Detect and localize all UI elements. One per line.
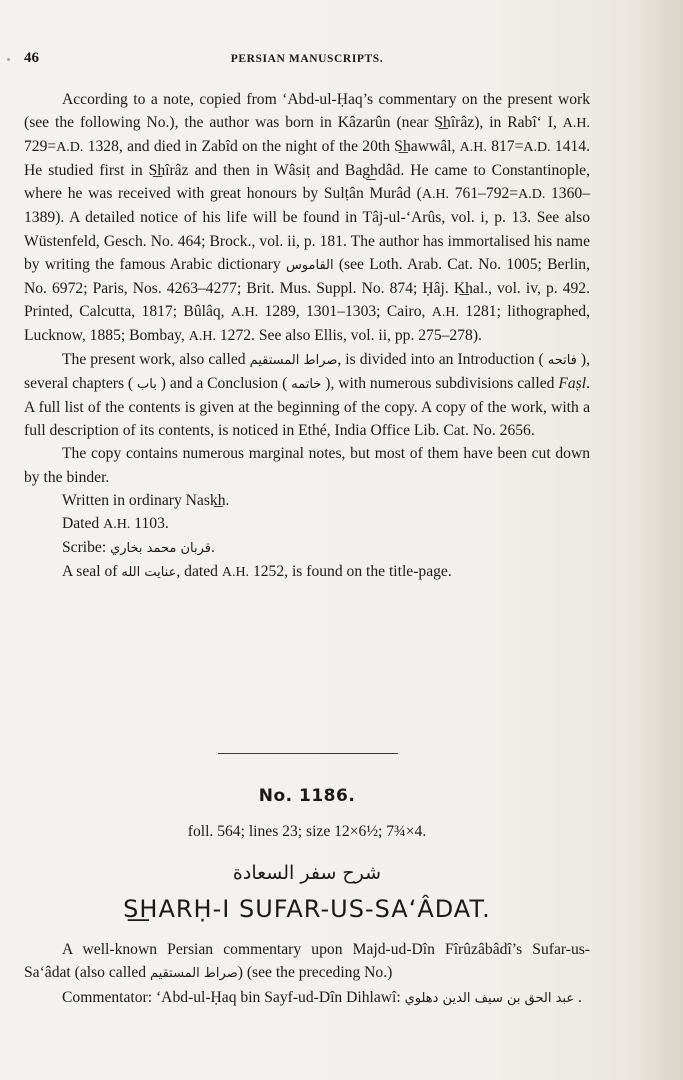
text: 817= — [487, 138, 523, 155]
text: , is divided into an Introduction ( — [337, 351, 547, 368]
arabic-sirat: صراط المستقيم — [250, 353, 338, 368]
text: 729= — [24, 138, 56, 155]
author-biography-paragraph: According to a note, copied from ‘Abd-ul… — [24, 88, 590, 348]
running-title: PERSIAN MANUSCRIPTS. — [24, 53, 590, 65]
text: 1328, and died in Zabîd on the night of … — [83, 138, 459, 155]
dated-line: Dated A.H. 1103. — [24, 512, 590, 536]
era-ah: A.H. — [189, 329, 216, 344]
text: ) and a Conclusion ( — [157, 375, 291, 392]
scribe-line: Scribe: قربان محمد بخاري. — [24, 536, 590, 560]
term-fasl: Faṣl — [558, 375, 586, 392]
era-ah: A.H. — [231, 305, 258, 320]
seal-line: A seal of عنايت الله, dated A.H. 1252, i… — [24, 560, 590, 584]
running-head: 46 PERSIAN MANUSCRIPTS. — [24, 50, 590, 70]
commentator-paragraph: Commentator: ‘Abd-ul-Ḥaq bin Sayf-ud-Dîn… — [24, 986, 590, 1010]
work-structure-paragraph: The present work, also called صراط المست… — [24, 348, 590, 442]
text: . — [574, 989, 582, 1006]
arabic-fatiha: فاتحه — [548, 353, 577, 368]
text: 1103. — [130, 515, 168, 532]
entry-description-paragraph: A well-known Persian commentary upon Maj… — [24, 938, 590, 986]
marginal-notes-paragraph: The copy contains numerous marginal note… — [24, 442, 590, 488]
entry-physical-description: foll. 564; lines 23; size 12×6½; 7¾×4. — [24, 823, 590, 841]
commentator-name: ‘Abd-ul-Ḥaq bin Sayf-ud-Dîn Dihlawî: — [156, 989, 405, 1006]
era-ah: A.H. — [422, 187, 449, 202]
text: According to a note, copied from ‘Abd-ul… — [24, 91, 590, 131]
commentator-arabic-name: عبد الحق بن سيف الدين دهلوي — [405, 991, 575, 1006]
entry-number: No. 1186. — [24, 786, 590, 806]
scribe-label: Scribe: — [62, 539, 110, 556]
margin-speck — [7, 58, 10, 61]
script-line: Written in ordinary Nask͟h. — [24, 489, 590, 512]
text: . — [211, 539, 215, 556]
entry-body: A well-known Persian commentary upon Maj… — [24, 938, 590, 1010]
text: The present work, also called — [62, 351, 250, 368]
entry-arabic-title: شرح سفر السعادة — [24, 862, 590, 884]
text: 1272. See also Ellis, vol. ii, pp. 275–2… — [216, 327, 482, 344]
arabic-bab: باب — [137, 377, 157, 392]
text: ), with numerous subdivisions called — [321, 375, 558, 392]
entry-title: S͟HARḤ-I SUFAR-US-SA‘ÂDAT. — [24, 895, 590, 923]
seal-arabic-name: عنايت الله — [121, 565, 176, 580]
arabic-sirat: صراط المستقيم — [150, 966, 238, 981]
era-ad: A.D. — [523, 140, 550, 155]
previous-entry-body: According to a note, copied from ‘Abd-ul… — [24, 88, 590, 584]
text: ) (see the preceding No.) — [238, 964, 393, 981]
text: Dated — [62, 515, 103, 532]
era-ad: A.D. — [518, 187, 545, 202]
era-ah: A.H. — [563, 116, 590, 131]
era-ah: A.H. — [432, 305, 459, 320]
era-ad: A.D. — [56, 140, 83, 155]
era-ah: A.H. — [460, 140, 487, 155]
arabic-khatima: خاتمه — [291, 377, 321, 392]
scribe-arabic-name: قربان محمد بخاري — [110, 541, 211, 556]
arabic-qamus: القاموس — [286, 258, 334, 273]
text: , dated — [176, 563, 221, 580]
text: 1289, 1301–1303; Cairo, — [258, 303, 432, 320]
commentator-label: Commentator: — [62, 989, 156, 1006]
era-ah: A.H. — [103, 517, 130, 532]
text: 1252, is found on the title-page. — [249, 563, 452, 580]
section-divider — [218, 753, 398, 754]
text: 761–792= — [449, 185, 518, 202]
era-ah: A.H. — [222, 565, 249, 580]
text: A seal of — [62, 563, 121, 580]
